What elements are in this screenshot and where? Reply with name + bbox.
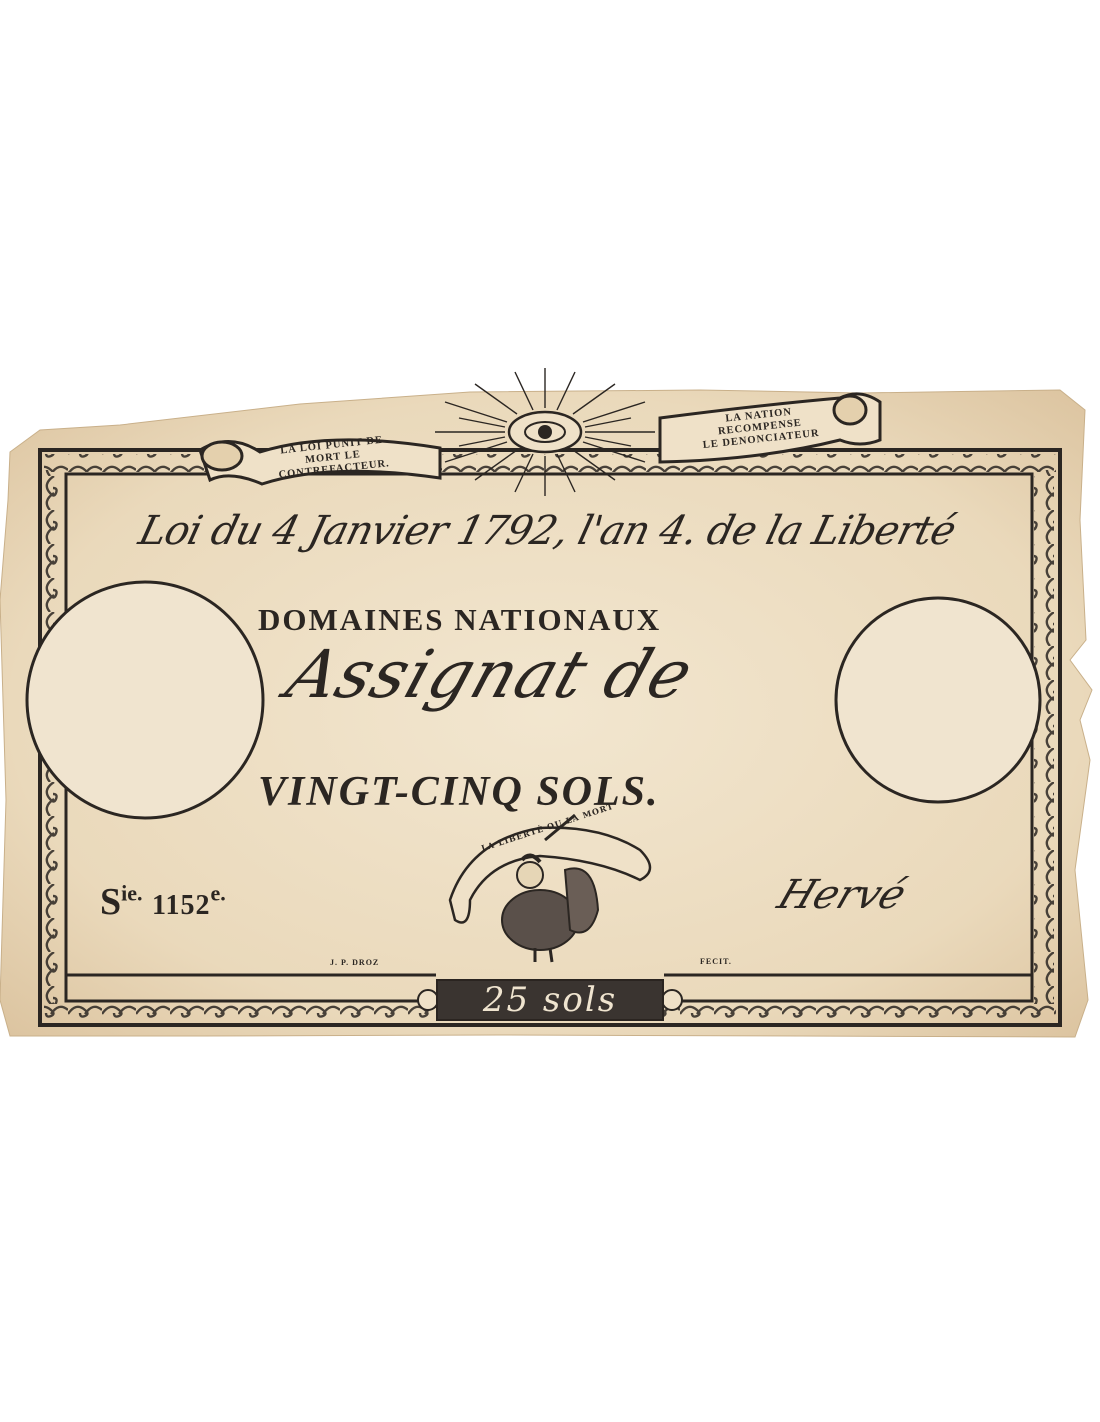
- series-value: 1152: [152, 890, 210, 921]
- banknote-image: LA LOI PUNIT DE MORT LE CONTREFACTEUR. L…: [0, 0, 1100, 1422]
- amount-in-words: VINGT-CINQ SOLS.: [258, 768, 858, 816]
- series-prefix: S: [100, 881, 121, 923]
- law-date-line: Loi du 4 Janvier 1792, l'an 4. de la Lib…: [134, 508, 985, 554]
- watermark-circle-left: [27, 582, 263, 818]
- rosette-right-icon: [662, 990, 682, 1010]
- series-prefix-sup: ie.: [121, 880, 142, 905]
- value-box-text: 25 sols: [483, 980, 617, 1020]
- engraver-fecit: FECIT.: [700, 957, 732, 966]
- subtitle-assignat: Assignat de: [277, 636, 842, 713]
- value-box: 25 sols: [436, 979, 664, 1021]
- rosette-left-icon: [418, 990, 438, 1010]
- title-domaines-nationaux: DOMAINES NATIONAUX: [258, 602, 848, 638]
- series-number-sup: e.: [211, 880, 226, 905]
- watermark-circle-right: [836, 598, 1040, 802]
- signature: Hervé: [772, 872, 913, 918]
- series-number: Sie. 1152e.: [100, 880, 226, 924]
- engraver-name: J. P. DROZ: [330, 958, 379, 967]
